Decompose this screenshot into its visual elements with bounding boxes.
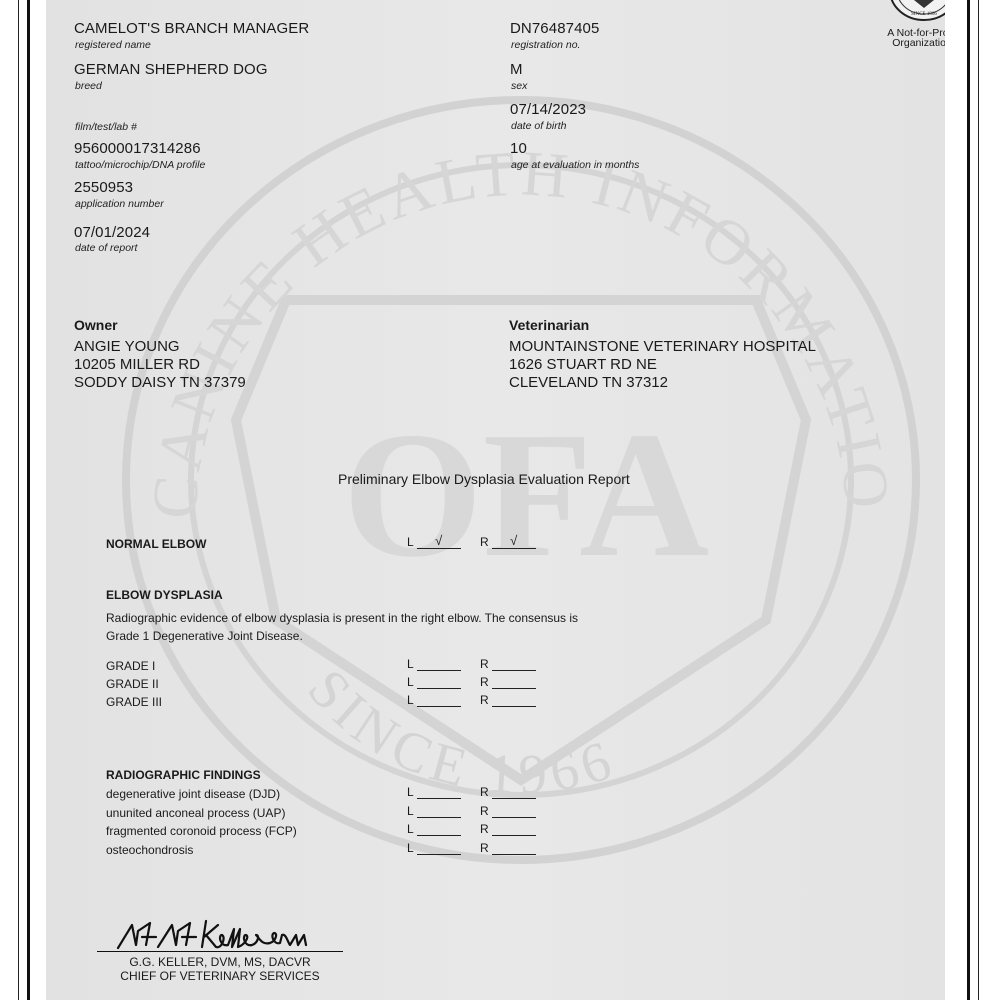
normal-elbow-left-check: √ bbox=[417, 535, 461, 549]
application-number-label: application number bbox=[75, 198, 164, 210]
registered-name-label: registered name bbox=[75, 39, 151, 51]
row-right-field: R bbox=[480, 657, 536, 671]
owner-name: ANGIE YOUNG bbox=[74, 338, 246, 356]
normal-elbow-label: NORMAL ELBOW bbox=[106, 537, 206, 551]
row-left-field: L bbox=[407, 785, 461, 799]
date-of-birth-label: date of birth bbox=[511, 120, 566, 132]
dysplasia-text-line2: Grade 1 Degenerative Joint Disease. bbox=[106, 629, 303, 643]
owner-block: ANGIE YOUNG 10205 MILLER RD SODDY DAISY … bbox=[74, 338, 246, 392]
svg-text:SINCE 1966: SINCE 1966 bbox=[911, 12, 937, 17]
row-left-field: L bbox=[407, 822, 461, 836]
page-border-left-thin bbox=[18, 0, 19, 1000]
row-label: GRADE III bbox=[106, 695, 162, 709]
date-of-report-label: date of report bbox=[75, 242, 137, 254]
right-label: R bbox=[480, 535, 489, 549]
normal-elbow-left: L√ bbox=[407, 535, 461, 549]
row-left-field: L bbox=[407, 804, 461, 818]
sex-label: sex bbox=[511, 80, 527, 92]
left-blank bbox=[417, 841, 461, 855]
registration-no-value: DN76487405 bbox=[510, 20, 599, 37]
owner-address1: 10205 MILLER RD bbox=[74, 356, 246, 374]
row-right-field: R bbox=[480, 693, 536, 707]
row-label: osteochondrosis bbox=[106, 843, 193, 857]
svg-text:CANINE HEALTH INFORMATION CENT: CANINE HEALTH INFORMATION CENTER bbox=[46, 0, 904, 521]
date-of-birth-value: 07/14/2023 bbox=[510, 101, 586, 118]
left-blank bbox=[417, 785, 461, 799]
right-blank bbox=[492, 822, 536, 836]
row-left-field: L bbox=[407, 675, 461, 689]
left-blank bbox=[417, 804, 461, 818]
page-border-right-thick bbox=[967, 0, 970, 1000]
row-right-field: R bbox=[480, 841, 536, 855]
row-right-field: R bbox=[480, 675, 536, 689]
veterinarian-address2: CLEVELAND TN 37312 bbox=[509, 374, 816, 392]
elbow-dysplasia-heading: ELBOW DYSPLASIA bbox=[106, 588, 223, 602]
left-blank bbox=[417, 822, 461, 836]
left-label: L bbox=[407, 535, 414, 549]
veterinarian-name: MOUNTAINSTONE VETERINARY HOSPITAL bbox=[509, 338, 816, 356]
age-months-value: 10 bbox=[510, 140, 527, 157]
left-blank bbox=[417, 693, 461, 707]
right-blank bbox=[492, 804, 536, 818]
right-label: R bbox=[480, 841, 489, 855]
right-label: R bbox=[480, 785, 489, 799]
signatory-title: CHIEF OF VETERINARY SERVICES bbox=[97, 969, 343, 983]
left-blank bbox=[417, 657, 461, 671]
right-label: R bbox=[480, 693, 489, 707]
signature-icon bbox=[110, 915, 350, 955]
right-blank bbox=[492, 841, 536, 855]
not-for-profit-label: A Not-for-Profit Organization bbox=[872, 28, 945, 48]
breed-label: breed bbox=[75, 80, 102, 92]
row-label: fragmented coronoid process (FCP) bbox=[106, 824, 297, 838]
right-blank bbox=[492, 657, 536, 671]
page-border-right-thin bbox=[978, 0, 979, 1000]
microchip-value: 956000017314286 bbox=[74, 140, 201, 157]
tagline-line2: Organization bbox=[872, 38, 945, 48]
certificate-page: CANINE HEALTH INFORMATION CENTER SINCE 1… bbox=[46, 0, 945, 1000]
breed-value: GERMAN SHEPHERD DOG bbox=[74, 61, 268, 78]
right-blank bbox=[492, 693, 536, 707]
left-blank bbox=[417, 675, 461, 689]
veterinarian-block: MOUNTAINSTONE VETERINARY HOSPITAL 1626 S… bbox=[509, 338, 816, 392]
right-label: R bbox=[480, 675, 489, 689]
row-left-field: L bbox=[407, 657, 461, 671]
left-label: L bbox=[407, 693, 414, 707]
ofa-seal-icon: SINCE 1966 bbox=[884, 0, 945, 30]
row-label: ununited anconeal process (UAP) bbox=[106, 806, 285, 820]
normal-elbow-right: R√ bbox=[480, 535, 536, 549]
left-label: L bbox=[407, 785, 414, 799]
right-label: R bbox=[480, 804, 489, 818]
row-right-field: R bbox=[480, 785, 536, 799]
film-test-lab-label: film/test/lab # bbox=[75, 121, 137, 133]
row-label: GRADE II bbox=[106, 677, 159, 691]
microchip-label: tattoo/microchip/DNA profile bbox=[75, 159, 205, 171]
application-number-value: 2550953 bbox=[74, 179, 133, 196]
row-right-field: R bbox=[480, 804, 536, 818]
veterinarian-heading: Veterinarian bbox=[509, 317, 589, 333]
left-label: L bbox=[407, 841, 414, 855]
left-label: L bbox=[407, 657, 414, 671]
registration-no-label: registration no. bbox=[511, 39, 580, 51]
right-blank bbox=[492, 785, 536, 799]
left-label: L bbox=[407, 822, 414, 836]
svg-text:OFA: OFA bbox=[343, 395, 710, 594]
right-label: R bbox=[480, 822, 489, 836]
right-label: R bbox=[480, 657, 489, 671]
dysplasia-text-line1: Radiographic evidence of elbow dysplasia… bbox=[106, 611, 578, 625]
age-months-label: age at evaluation in months bbox=[511, 159, 639, 171]
date-of-report-value: 07/01/2024 bbox=[74, 224, 150, 241]
report-title: Preliminary Elbow Dysplasia Evaluation R… bbox=[338, 471, 630, 487]
page-border-left-thick bbox=[27, 0, 30, 1000]
row-left-field: L bbox=[407, 693, 461, 707]
normal-elbow-right-check: √ bbox=[492, 535, 536, 549]
row-label: GRADE I bbox=[106, 659, 155, 673]
signatory-block: G.G. KELLER, DVM, MS, DACVR CHIEF OF VET… bbox=[97, 955, 343, 983]
left-label: L bbox=[407, 675, 414, 689]
owner-heading: Owner bbox=[74, 317, 118, 333]
signatory-name: G.G. KELLER, DVM, MS, DACVR bbox=[97, 955, 343, 969]
right-blank bbox=[492, 675, 536, 689]
owner-address2: SODDY DAISY TN 37379 bbox=[74, 374, 246, 392]
radiographic-findings-heading: RADIOGRAPHIC FINDINGS bbox=[106, 768, 261, 782]
row-left-field: L bbox=[407, 841, 461, 855]
registered-name-value: CAMELOT'S BRANCH MANAGER bbox=[74, 20, 309, 37]
row-right-field: R bbox=[480, 822, 536, 836]
signature-line bbox=[97, 951, 343, 952]
veterinarian-address1: 1626 STUART RD NE bbox=[509, 356, 816, 374]
left-label: L bbox=[407, 804, 414, 818]
sex-value: M bbox=[510, 61, 523, 78]
row-label: degenerative joint disease (DJD) bbox=[106, 787, 280, 801]
